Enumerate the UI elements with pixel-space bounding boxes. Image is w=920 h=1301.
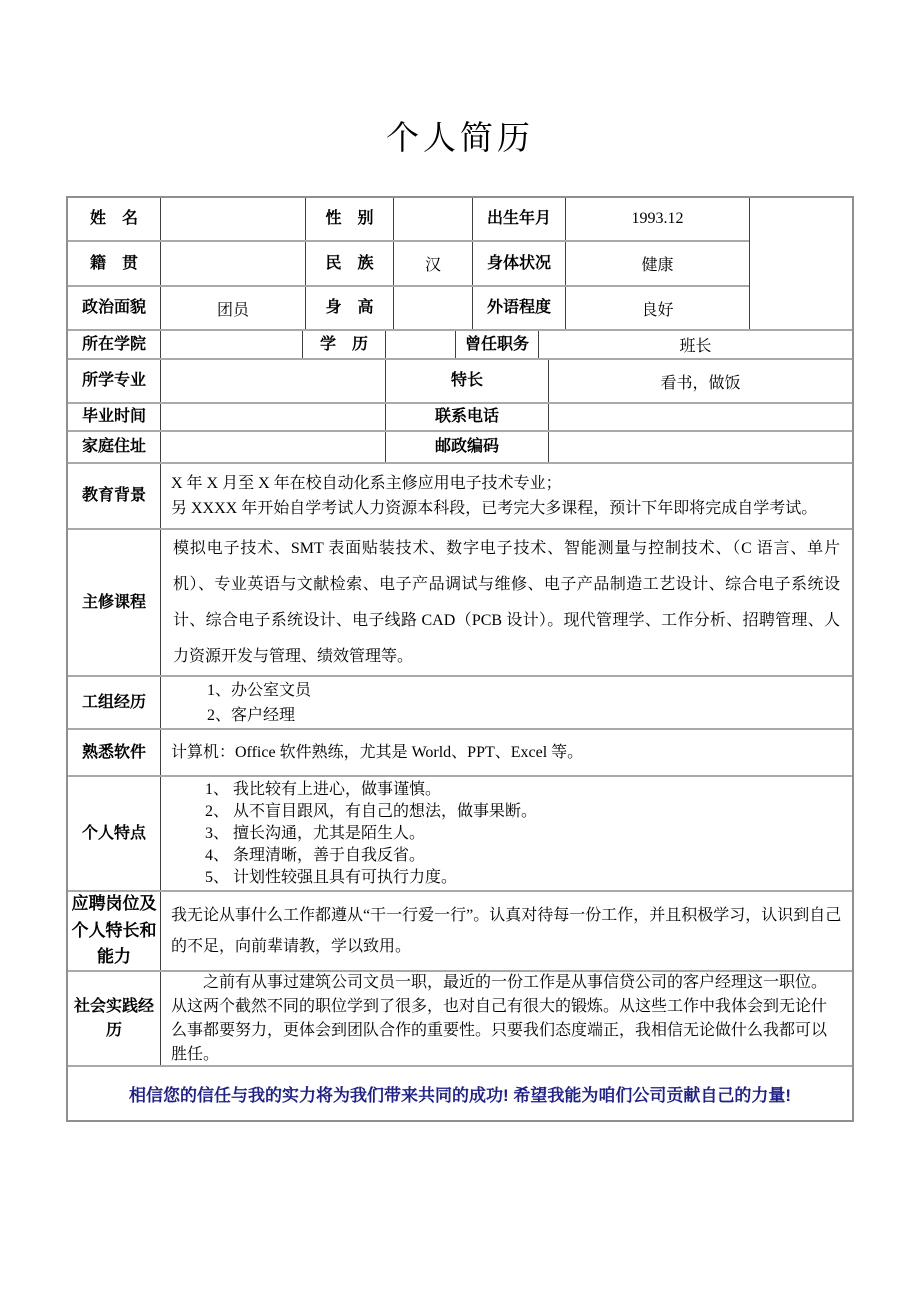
label-gender: 性 别 [306, 198, 394, 240]
label-work-experience: 工组经历 [68, 677, 161, 728]
label-hometown: 籍 贯 [68, 242, 161, 285]
value-name[interactable] [161, 198, 306, 240]
value-ethnicity[interactable]: 汉 [394, 242, 473, 285]
content-traits[interactable]: 1、 我比较有上进心，做事谨慎。 2、 从不盲目跟风，有自己的想法，做事果断。 … [161, 777, 852, 890]
label-height: 身 高 [306, 287, 394, 329]
table-row: 所学专业 特长 看书，做饭 [68, 360, 852, 404]
section-courses: 主修课程 模拟电子技术、SMT 表面贴装技术、数字电子技术、智能测量与控制技术、… [68, 530, 852, 677]
value-political-status[interactable]: 团员 [161, 287, 306, 329]
content-work-experience[interactable]: 1、办公室文员 2、客户经理 [161, 677, 852, 728]
page-title: 个人简历 [0, 112, 920, 159]
section-education: 教育背景 X 年 X 月至 X 年在校自动化系主修应用电子技术专业； 另 XXX… [68, 464, 852, 530]
table-row: 毕业时间 联系电话 [68, 404, 852, 432]
social-practice-paragraph: 之前有从事过建筑公司文员一职，最近的一份工作是从事信贷公司的客户经理这一职位。从… [171, 971, 842, 1067]
label-political-status: 政治面貌 [68, 287, 161, 329]
table-row: 姓 名 性 别 出生年月 1993.12 [68, 198, 749, 242]
label-college: 所在学院 [68, 331, 161, 358]
content-social-practice[interactable]: 之前有从事过建筑公司文员一职，最近的一份工作是从事信贷公司的客户经理这一职位。从… [161, 972, 852, 1065]
content-software[interactable]: 计算机：Office 软件熟练，尤其是 World、PPT、Excel 等。 [161, 730, 852, 775]
value-degree[interactable] [386, 331, 456, 358]
value-hometown[interactable] [161, 242, 306, 285]
value-foreign-language[interactable]: 良好 [566, 287, 749, 329]
value-college[interactable] [161, 331, 303, 358]
section-position-skills: 应聘岗位及个人特长和能力 我无论从事什么工作都遵从“干一行爱一行”。认真对待每一… [68, 892, 852, 972]
section-social-practice: 社会实践经历 之前有从事过建筑公司文员一职，最近的一份工作是从事信贷公司的客户经… [68, 972, 852, 1067]
label-foreign-language: 外语程度 [473, 287, 566, 329]
label-software: 熟悉软件 [68, 730, 161, 775]
value-postal-code[interactable] [549, 432, 852, 462]
label-ethnicity: 民 族 [306, 242, 394, 285]
label-phone: 联系电话 [386, 404, 549, 430]
value-specialty[interactable]: 看书，做饭 [549, 360, 852, 402]
label-degree: 学 历 [303, 331, 386, 358]
footer-row: 相信您的信任与我的实力将为我们带来共同的成功! 希望我能为咱们公司贡献自己的力量… [68, 1067, 852, 1120]
value-major[interactable] [161, 360, 386, 402]
content-courses[interactable]: 模拟电子技术、SMT 表面贴装技术、数字电子技术、智能测量与控制技术、（C 语言… [161, 530, 852, 675]
label-major: 所学专业 [68, 360, 161, 402]
basic-info-group: 姓 名 性 别 出生年月 1993.12 籍 贯 民 族 汉 身体状况 健康 政… [68, 198, 852, 331]
label-health: 身体状况 [473, 242, 566, 285]
resume-table: 姓 名 性 别 出生年月 1993.12 籍 贯 民 族 汉 身体状况 健康 政… [66, 196, 854, 1122]
content-position-skills[interactable]: 我无论从事什么工作都遵从“干一行爱一行”。认真对待每一份工作，并且积极学习，认识… [161, 892, 852, 970]
table-row: 家庭住址 邮政编码 [68, 432, 852, 464]
label-social-practice: 社会实践经历 [68, 972, 161, 1065]
value-gender[interactable] [394, 198, 473, 240]
photo-placeholder [749, 198, 852, 329]
value-phone[interactable] [549, 404, 852, 430]
label-specialty: 特长 [386, 360, 549, 402]
label-home-address: 家庭住址 [68, 432, 161, 462]
label-birth: 出生年月 [473, 198, 566, 240]
resume-page: 个人简历 姓 名 性 别 出生年月 1993.12 籍 贯 民 族 汉 身体 [0, 0, 920, 1301]
value-health[interactable]: 健康 [566, 242, 749, 285]
label-position-skills: 应聘岗位及个人特长和能力 [68, 892, 161, 970]
footer-slogan: 相信您的信任与我的实力将为我们带来共同的成功! 希望我能为咱们公司贡献自己的力量… [68, 1067, 852, 1120]
label-courses: 主修课程 [68, 530, 161, 675]
value-home-address[interactable] [161, 432, 386, 462]
value-former-position[interactable]: 班长 [539, 331, 852, 358]
table-row: 政治面貌 团员 身 高 外语程度 良好 [68, 287, 749, 329]
table-row: 籍 贯 民 族 汉 身体状况 健康 [68, 242, 749, 287]
table-row: 所在学院 学 历 曾任职务 班长 [68, 331, 852, 360]
value-birth[interactable]: 1993.12 [566, 198, 749, 240]
section-traits: 个人特点 1、 我比较有上进心，做事谨慎。 2、 从不盲目跟风，有自己的想法，做… [68, 777, 852, 892]
content-education[interactable]: X 年 X 月至 X 年在校自动化系主修应用电子技术专业； 另 XXXX 年开始… [161, 464, 852, 528]
value-graduation-time[interactable] [161, 404, 386, 430]
section-work-experience: 工组经历 1、办公室文员 2、客户经理 [68, 677, 852, 730]
value-height[interactable] [394, 287, 473, 329]
label-traits: 个人特点 [68, 777, 161, 890]
label-education: 教育背景 [68, 464, 161, 528]
label-postal-code: 邮政编码 [386, 432, 549, 462]
section-software: 熟悉软件 计算机：Office 软件熟练，尤其是 World、PPT、Excel… [68, 730, 852, 777]
label-graduation-time: 毕业时间 [68, 404, 161, 430]
label-former-position: 曾任职务 [456, 331, 539, 358]
label-name: 姓 名 [68, 198, 161, 240]
